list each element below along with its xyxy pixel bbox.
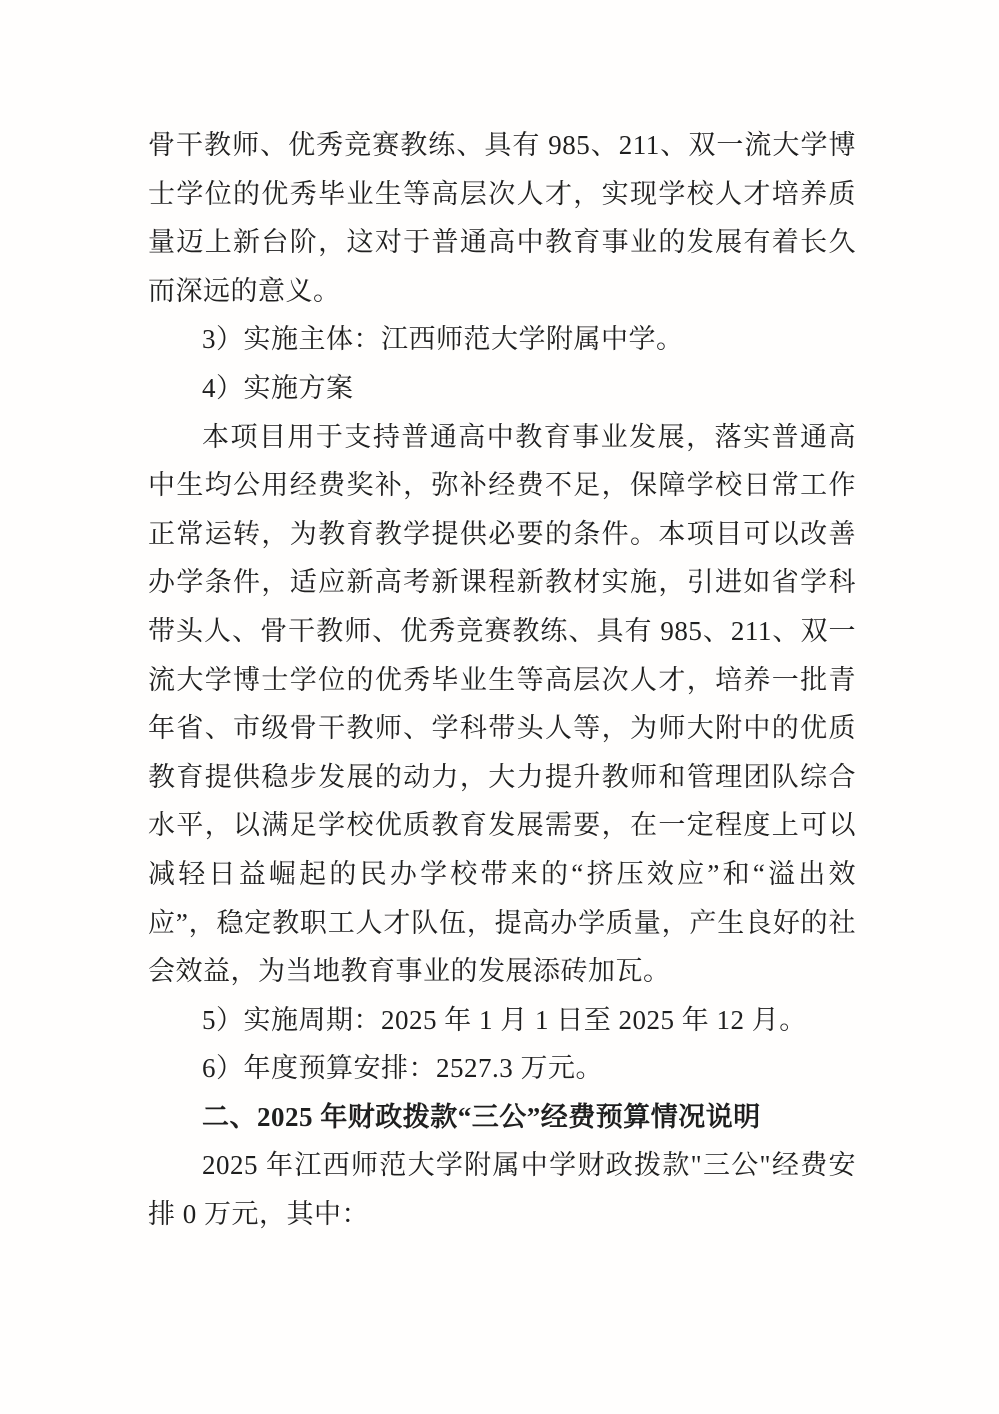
document-page: 骨干教师、优秀竞赛教练、具有 985、211、双一流大学博士学位的优秀毕业生等高… — [0, 0, 999, 1414]
body-paragraph-plan-details: 本项目用于支持普通高中教育事业发展，落实普通高中生均公用经费奖补，弥补经费不足，… — [148, 413, 856, 996]
list-item-5-implementation-period: 5）实施周期：2025 年 1 月 1 日至 2025 年 12 月。 — [148, 996, 856, 1045]
list-item-3-implementing-entity: 3）实施主体：江西师范大学附属中学。 — [148, 315, 856, 364]
body-paragraph-continuation: 骨干教师、优秀竞赛教练、具有 985、211、双一流大学博士学位的优秀毕业生等高… — [148, 121, 856, 315]
list-item-6-annual-budget: 6）年度预算安排：2527.3 万元。 — [148, 1044, 856, 1093]
document-body: 骨干教师、优秀竞赛教练、具有 985、211、双一流大学博士学位的优秀毕业生等高… — [148, 121, 856, 1239]
section-heading-three-public-funds: 二、2025 年财政拨款“三公”经费预算情况说明 — [148, 1093, 856, 1142]
list-item-4-implementation-plan: 4）实施方案 — [148, 364, 856, 413]
body-paragraph-three-public-funds-amount: 2025 年江西师范大学附属中学财政拨款"三公"经费安排 0 万元，其中： — [148, 1141, 856, 1238]
